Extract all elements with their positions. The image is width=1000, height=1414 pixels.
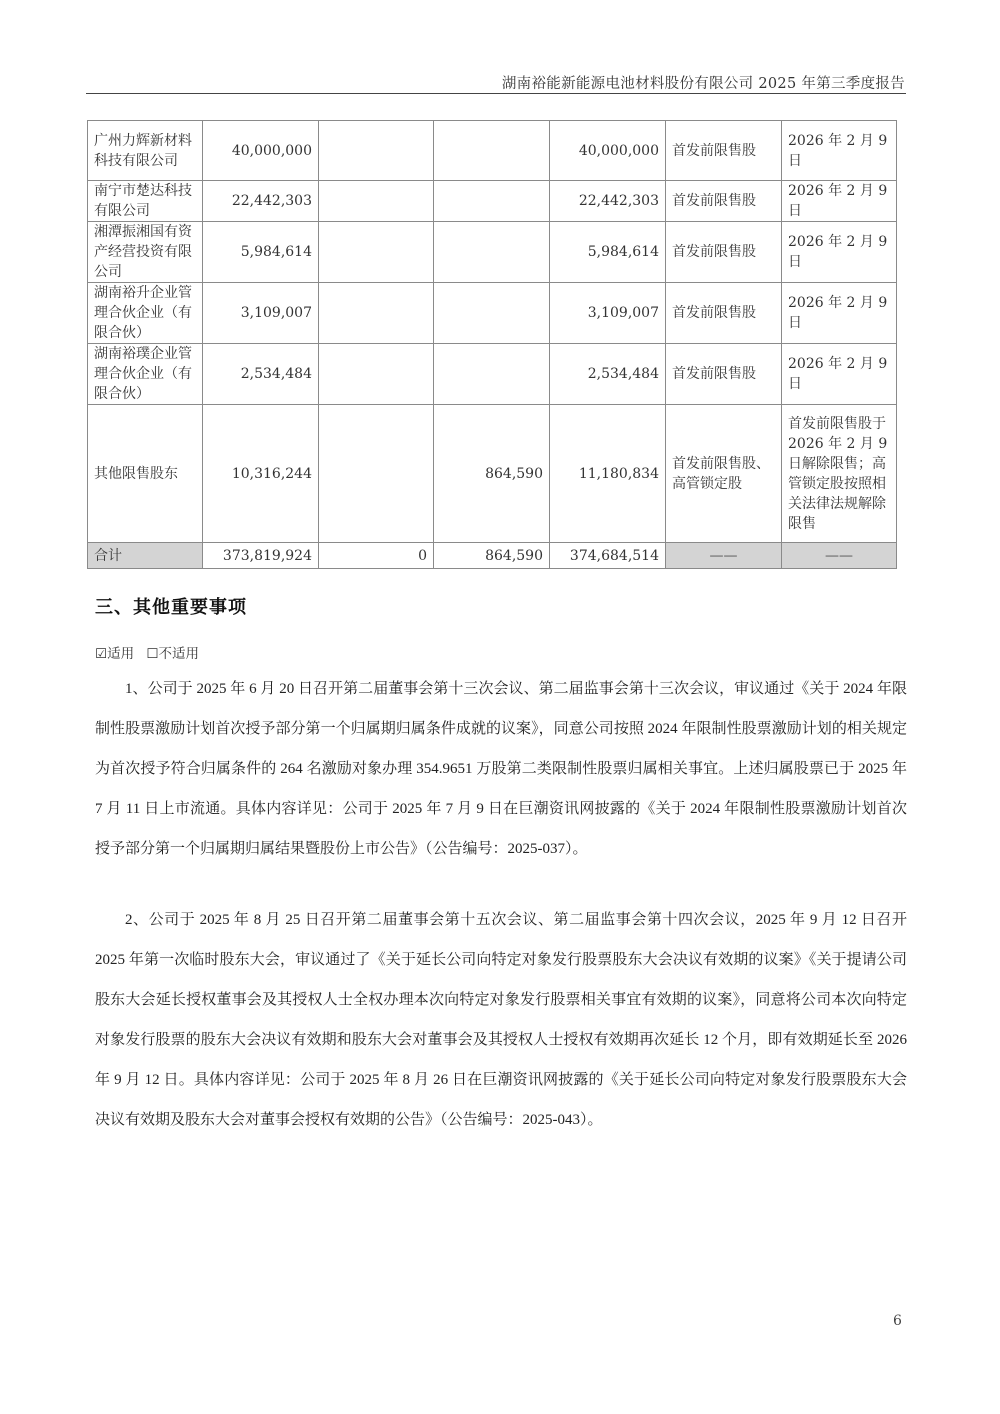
table-total-row: 合计 373,819,924 0 864,590 374,684,514 —— … — [88, 543, 897, 569]
opening-restricted-shares: 22,442,303 — [203, 181, 319, 222]
opening-restricted-shares: 10,316,244 — [203, 405, 319, 543]
closing-restricted-shares: 40,000,000 — [550, 121, 666, 181]
shareholder-name: 湖南裕升企业管理合伙企业（有限合伙） — [88, 283, 203, 344]
added-restricted-shares — [434, 344, 550, 405]
page-number: 6 — [893, 1313, 902, 1329]
shareholder-name: 湖南裕璞企业管理合伙企业（有限合伙） — [88, 344, 203, 405]
release-date: 首发前限售股于 2026 年 2 月 9 日解除限售；高管锁定股按照相关法律法规… — [782, 405, 897, 543]
closing-restricted-shares: 2,534,484 — [550, 344, 666, 405]
shareholder-name: 湘潭振湘国有资产经营投资有限公司 — [88, 222, 203, 283]
shareholder-name: 南宁市楚达科技有限公司 — [88, 181, 203, 222]
opening-restricted-shares: 40,000,000 — [203, 121, 319, 181]
release-date: 2026 年 2 月 9 日 — [782, 283, 897, 344]
total-closing-restricted-shares: 374,684,514 — [550, 543, 666, 569]
released-shares — [319, 181, 434, 222]
restricted-shares-table: 广州力辉新材料科技有限公司 40,000,000 40,000,000 首发前限… — [87, 120, 897, 569]
release-date: 2026 年 2 月 9 日 — [782, 181, 897, 222]
release-date: 2026 年 2 月 9 日 — [782, 344, 897, 405]
opening-restricted-shares: 5,984,614 — [203, 222, 319, 283]
restriction-reason: 首发前限售股 — [666, 121, 782, 181]
table-row: 湖南裕璞企业管理合伙企业（有限合伙） 2,534,484 2,534,484 首… — [88, 344, 897, 405]
restriction-reason: 首发前限售股 — [666, 344, 782, 405]
shareholder-name: 其他限售股东 — [88, 405, 203, 543]
released-shares — [319, 344, 434, 405]
section-title: 三、其他重要事项 — [95, 593, 247, 619]
table-row: 湖南裕升企业管理合伙企业（有限合伙） 3,109,007 3,109,007 首… — [88, 283, 897, 344]
table-row: 湘潭振湘国有资产经营投资有限公司 5,984,614 5,984,614 首发前… — [88, 222, 897, 283]
added-restricted-shares: 864,590 — [434, 405, 550, 543]
opening-restricted-shares: 3,109,007 — [203, 283, 319, 344]
header-rule — [86, 93, 906, 94]
closing-restricted-shares: 5,984,614 — [550, 222, 666, 283]
added-restricted-shares — [434, 222, 550, 283]
released-shares — [319, 222, 434, 283]
table-row: 广州力辉新材料科技有限公司 40,000,000 40,000,000 首发前限… — [88, 121, 897, 181]
total-opening-restricted-shares: 373,819,924 — [203, 543, 319, 569]
restriction-reason: 首发前限售股、高管锁定股 — [666, 405, 782, 543]
closing-restricted-shares: 3,109,007 — [550, 283, 666, 344]
running-header: 湖南裕能新能源电池材料股份有限公司 2025 年第三季度报告 — [480, 72, 905, 93]
release-date: 2026 年 2 月 9 日 — [782, 222, 897, 283]
restriction-reason: 首发前限售股 — [666, 222, 782, 283]
total-release-date-placeholder: —— — [782, 543, 897, 569]
total-added-restricted-shares: 864,590 — [434, 543, 550, 569]
released-shares — [319, 121, 434, 181]
paragraph-2: 2、公司于 2025 年 8 月 25 日召开第二届董事会第十五次会议、第二届监… — [95, 900, 907, 1140]
closing-restricted-shares: 11,180,834 — [550, 405, 666, 543]
table-row: 南宁市楚达科技有限公司 22,442,303 22,442,303 首发前限售股… — [88, 181, 897, 222]
applicable-checkbox: ☑适用 — [95, 646, 134, 662]
release-date: 2026 年 2 月 9 日 — [782, 121, 897, 181]
table-row: 其他限售股东 10,316,244 864,590 11,180,834 首发前… — [88, 405, 897, 543]
released-shares — [319, 283, 434, 344]
total-reason-placeholder: —— — [666, 543, 782, 569]
opening-restricted-shares: 2,534,484 — [203, 344, 319, 405]
shareholder-name: 广州力辉新材料科技有限公司 — [88, 121, 203, 181]
total-label: 合计 — [88, 543, 203, 569]
released-shares — [319, 405, 434, 543]
added-restricted-shares — [434, 283, 550, 344]
added-restricted-shares — [434, 181, 550, 222]
total-released-shares: 0 — [319, 543, 434, 569]
applicability-options: ☑适用 ☐不适用 — [95, 642, 207, 662]
added-restricted-shares — [434, 121, 550, 181]
not-applicable-checkbox: ☐不适用 — [146, 646, 199, 662]
restriction-reason: 首发前限售股 — [666, 181, 782, 222]
closing-restricted-shares: 22,442,303 — [550, 181, 666, 222]
paragraph-1: 1、公司于 2025 年 6 月 20 日召开第二届董事会第十三次会议、第二届监… — [95, 669, 907, 869]
restriction-reason: 首发前限售股 — [666, 283, 782, 344]
